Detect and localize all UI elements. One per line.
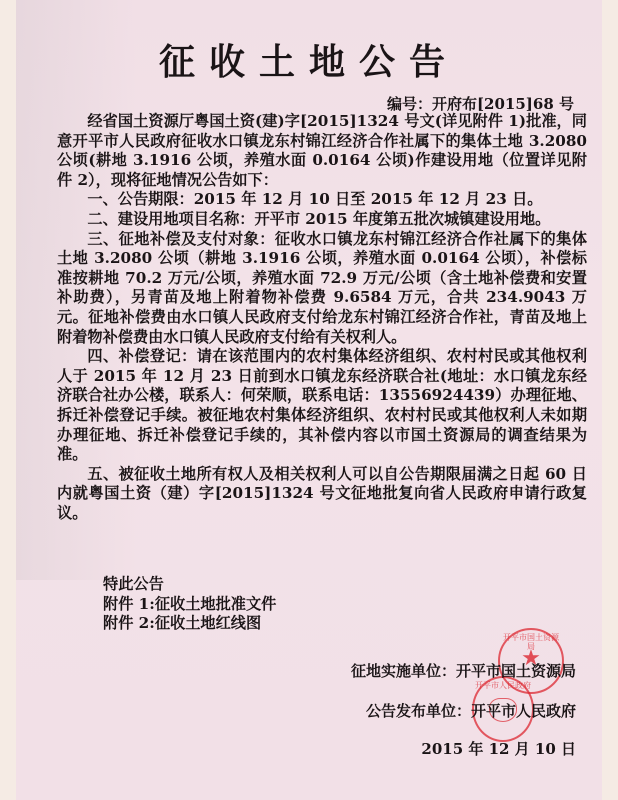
attachment-2: 附件 2:征收土地红线图 [103,614,276,634]
publishing-unit: 公告发布单位：开平市人民政府 [366,700,576,721]
section-2-project-name: 二、建设用地项目名称：开平市 2015 年度第五批次城镇建设用地。 [57,210,587,230]
implementing-unit: 征地实施单位：开平市国土资源局 [351,660,576,681]
seal-2-text: 开平市人民政府 [474,681,532,690]
seal-1-text: 开平市国土资源局 [500,633,562,651]
document-title: 征收土地公告 [16,34,602,85]
document-body: 经省国土资源厅粤国土资(建)字[2015]1324 号文(详见附件 1)批准，同… [57,112,587,523]
closing-statement: 特此公告 [103,575,276,595]
closing-block: 特此公告 附件 1:征收土地批准文件 附件 2:征收土地红线图 [103,575,276,634]
section-5-review: 五、被征收土地所有权人及相关权利人可以自公告期限届满之日起 60 日内就粤国土资… [57,465,587,524]
attachment-1: 附件 1:征收土地批准文件 [103,595,276,615]
issue-date: 2015 年 12 月 10 日 [421,738,576,759]
section-1-period: 一、公告期限：2015 年 12 月 10 日至 2015 年 12 月 23 … [57,190,587,210]
section-3-compensation: 三、征地补偿及支付对象：征收水口镇龙东村锦江经济合作社属下的集体土地 3.208… [57,230,587,348]
section-4-registration: 四、补偿登记：请在该范围内的农村集体经济组织、农村村民或其他权利人于 2015 … [57,347,587,465]
document-number: 编号：开府布[2015]68 号 [387,93,574,114]
document-page: 征收土地公告 编号：开府布[2015]68 号 经省国土资源厅粤国土资(建)字[… [16,0,602,800]
intro-paragraph: 经省国土资源厅粤国土资(建)字[2015]1324 号文(详见附件 1)批准，同… [57,112,587,190]
